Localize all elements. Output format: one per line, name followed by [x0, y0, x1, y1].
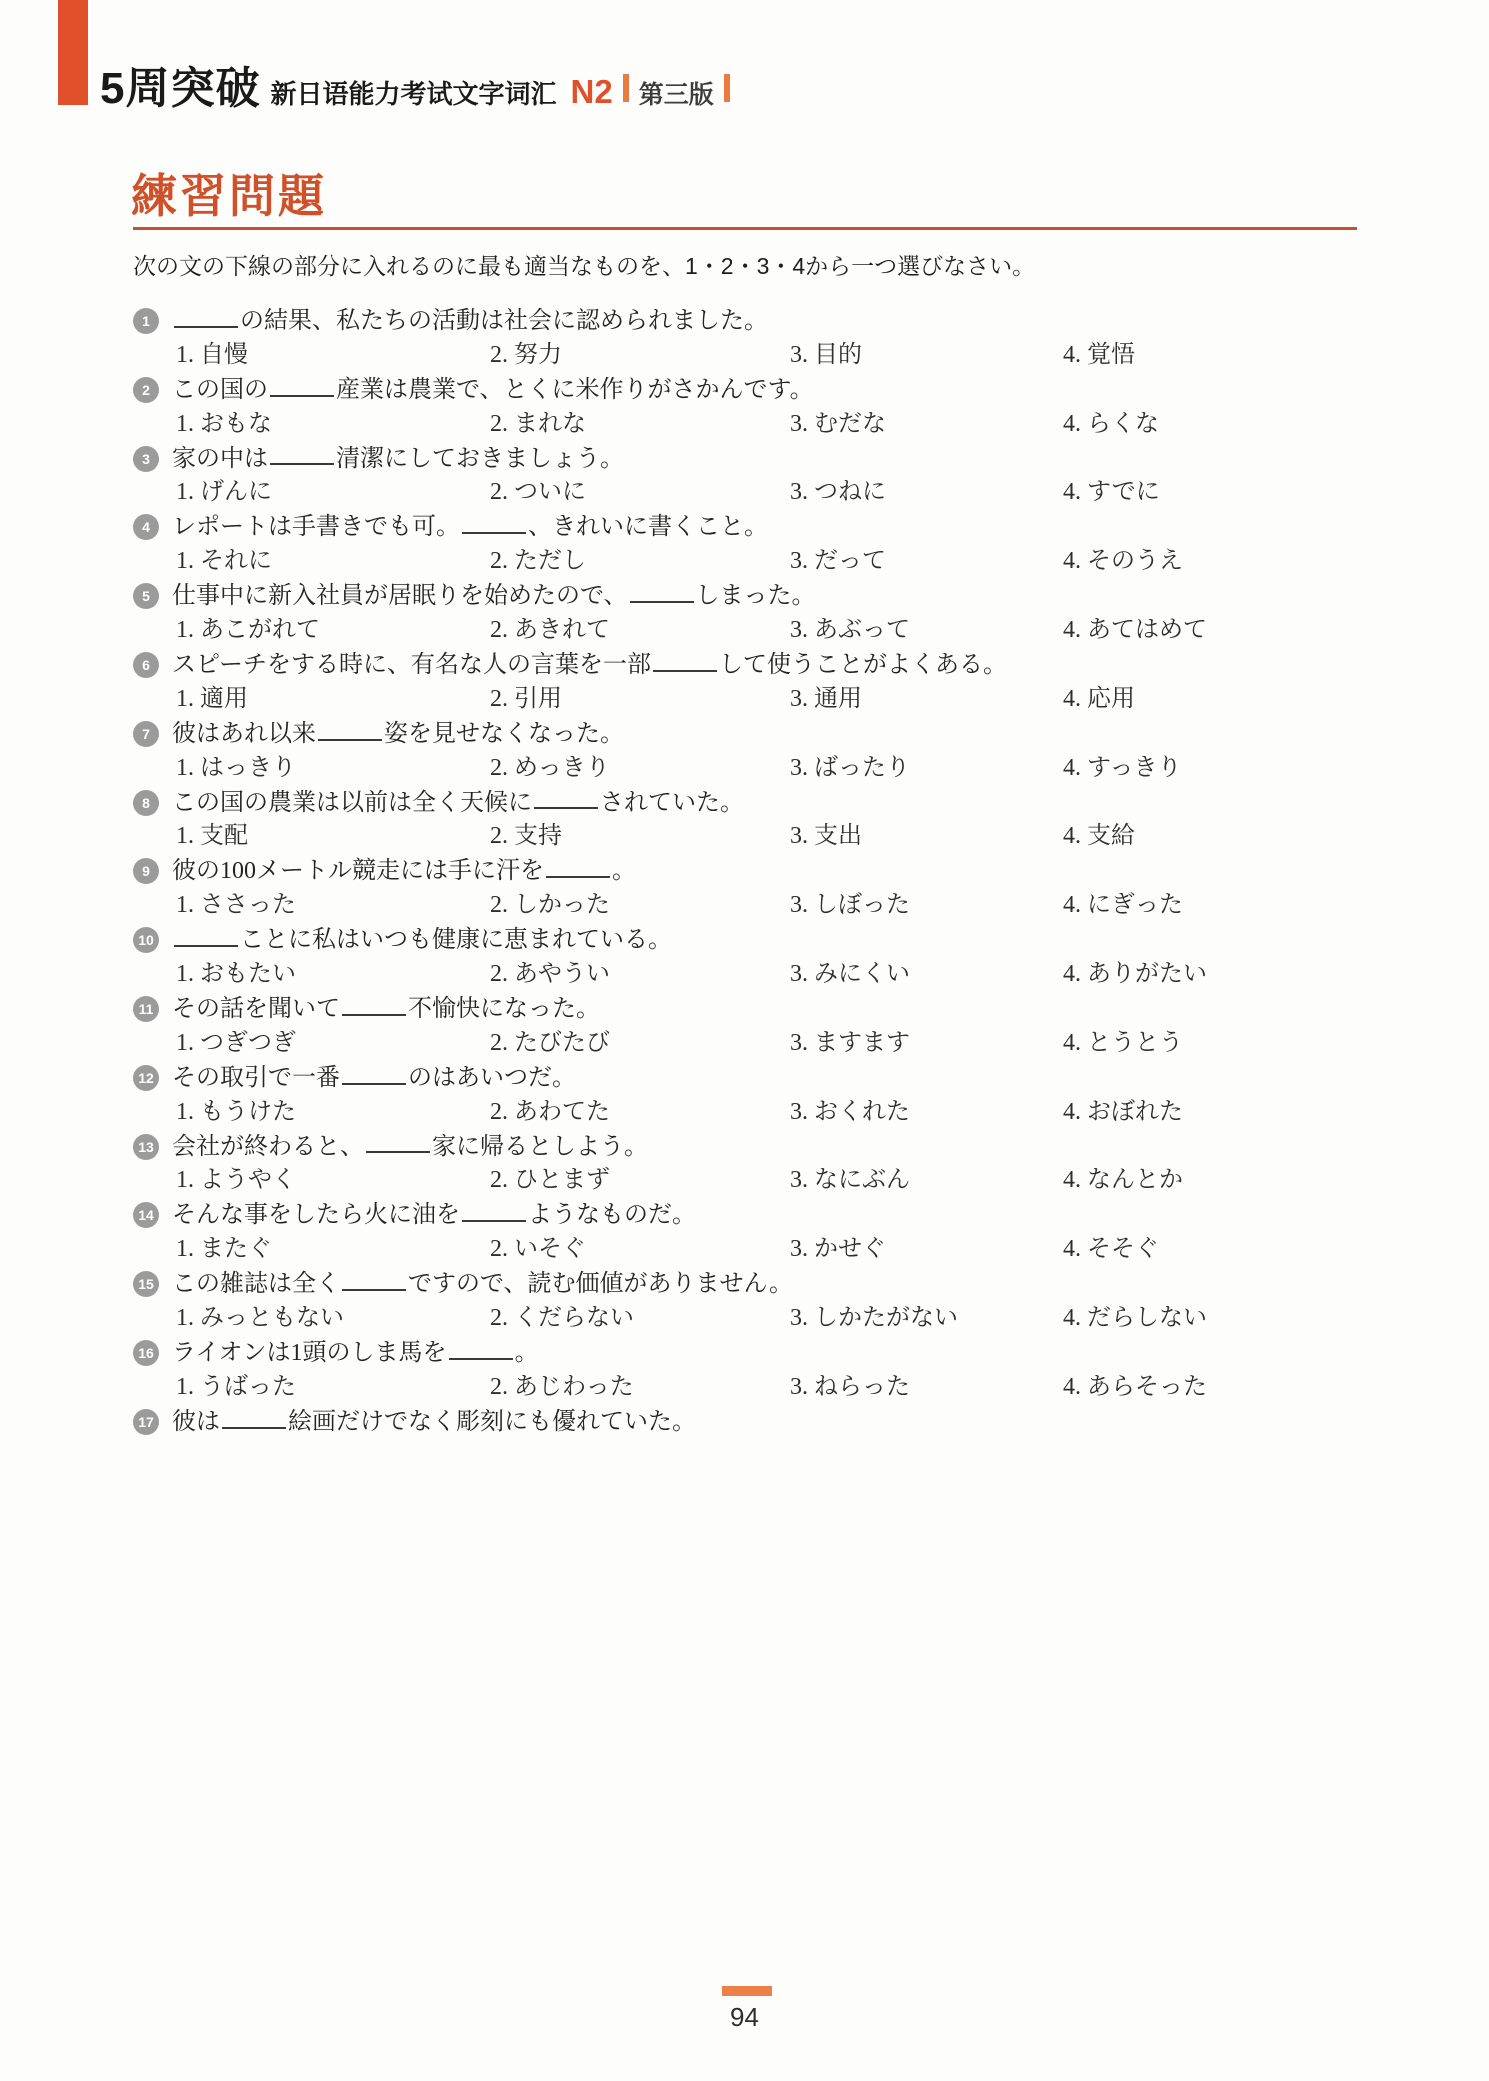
question-number-badge: 8: [133, 790, 159, 816]
stem-segment: 不愉快になった。: [408, 996, 600, 1022]
option-4-4: 4. そのうえ: [1063, 544, 1373, 578]
divider-bar: [724, 74, 730, 102]
options-row: 1. つぎつぎ2. たびたび3. ますます4. とうとう: [133, 1026, 1373, 1060]
question-stem-line: 11その話を聞いて不愉快になった。: [133, 991, 1373, 1026]
answer-blank: [342, 991, 406, 1016]
question-number-badge: 3: [133, 446, 159, 472]
question-14: 14そんな事をしたら火に油をようなものだ。1. またぐ2. いそぐ3. かせぐ4…: [133, 1197, 1373, 1266]
answer-blank: [174, 303, 238, 328]
question-stem: レポートは手書きでも可。、きれいに書くこと。: [172, 509, 768, 544]
question-17: 17彼は絵画だけでなく彫刻にも優れていた。: [133, 1404, 1373, 1439]
divider-bar: [623, 74, 629, 102]
stem-segment: 家に帰るとしよう。: [432, 1133, 648, 1159]
question-stem: この国の産業は農業で、とくに米作りがさかんです。: [172, 372, 814, 407]
question-number-badge: 13: [133, 1134, 159, 1160]
answer-blank: [342, 1060, 406, 1085]
question-stem-line: 8この国の農業は以前は全く天候にされていた。: [133, 785, 1373, 820]
question-stem-line: 16ライオンは1頭のしま馬を。: [133, 1335, 1373, 1370]
question-number-badge: 10: [133, 927, 159, 953]
question-15: 15この雑誌は全くですので、読む価値がありません。1. みっともない2. くだら…: [133, 1266, 1373, 1335]
option-8-3: 3. 支出: [790, 819, 1063, 853]
option-11-4: 4. とうとう: [1063, 1026, 1373, 1060]
question-number-badge: 17: [133, 1409, 159, 1435]
options-row: 1. おもたい2. あやうい3. みにくい4. ありがたい: [133, 957, 1373, 991]
question-number-badge: 11: [133, 996, 159, 1022]
answer-blank: [546, 853, 610, 878]
option-16-1: 1. うばった: [176, 1370, 490, 1404]
question-stem: 彼は絵画だけでなく彫刻にも優れていた。: [172, 1404, 696, 1439]
stem-segment: 彼は: [172, 1409, 220, 1435]
option-10-3: 3. みにくい: [790, 957, 1063, 991]
option-2-2: 2. まれな: [490, 407, 790, 441]
question-stem-line: 13会社が終わると、家に帰るとしよう。: [133, 1129, 1373, 1164]
option-12-3: 3. おくれた: [790, 1095, 1063, 1129]
question-stem-line: 9彼の100メートル競走には手に汗を。: [133, 853, 1373, 888]
options-row: 1. げんに2. ついに3. つねに4. すでに: [133, 475, 1373, 509]
stem-segment: その話を聞いて: [172, 996, 340, 1022]
answer-blank: [462, 1197, 526, 1222]
stem-segment: 家の中は: [172, 445, 268, 471]
option-8-2: 2. 支持: [490, 819, 790, 853]
option-13-1: 1. ようやく: [176, 1163, 490, 1197]
option-15-3: 3. しかたがない: [790, 1301, 1063, 1335]
page-number: 94: [0, 2002, 1489, 2033]
option-7-3: 3. ばったり: [790, 751, 1063, 785]
book-page: 5周突破 新日语能力考试文字词汇 N2 第三版 練習問題 次の文の下線の部分に入…: [0, 0, 1489, 2081]
option-1-2: 2. 努力: [490, 338, 790, 372]
question-stem: その取引で一番のはあいつだ。: [172, 1060, 576, 1095]
stem-segment: 産業は農業で、とくに米作りがさかんです。: [336, 377, 814, 403]
question-16: 16ライオンは1頭のしま馬を。1. うばった2. あじわった3. ねらった4. …: [133, 1335, 1373, 1404]
question-stem: そんな事をしたら火に油をようなものだ。: [172, 1197, 696, 1232]
stem-segment: この国の農業は以前は全く天候に: [172, 789, 532, 815]
question-stem-line: 6スピーチをする時に、有名な人の言葉を一部して使うことがよくある。: [133, 647, 1373, 682]
answer-blank: [630, 578, 694, 603]
questions: 1の結果、私たちの活動は社会に認められました。1. 自慢2. 努力3. 目的4.…: [133, 303, 1373, 1439]
question-8: 8この国の農業は以前は全く天候にされていた。1. 支配2. 支持3. 支出4. …: [133, 785, 1373, 854]
option-13-3: 3. なにぶん: [790, 1163, 1063, 1197]
question-number-badge: 1: [133, 308, 159, 334]
question-stem-line: 1の結果、私たちの活動は社会に認められました。: [133, 303, 1373, 338]
title-rule: [133, 227, 1357, 230]
option-10-4: 4. ありがたい: [1063, 957, 1373, 991]
stem-segment: 姿を見せなくなった。: [384, 721, 624, 747]
option-4-1: 1. それに: [176, 544, 490, 578]
option-11-1: 1. つぎつぎ: [176, 1026, 490, 1060]
answer-blank: [318, 716, 382, 741]
answer-blank: [449, 1335, 513, 1360]
option-3-2: 2. ついに: [490, 475, 790, 509]
question-stem-line: 17彼は絵画だけでなく彫刻にも優れていた。: [133, 1404, 1373, 1439]
option-1-1: 1. 自慢: [176, 338, 490, 372]
options-row: 1. またぐ2. いそぐ3. かせぐ4. そそぐ: [133, 1232, 1373, 1266]
question-stem-line: 14そんな事をしたら火に油をようなものだ。: [133, 1197, 1373, 1232]
question-5: 5仕事中に新入社員が居眠りを始めたので、しまった。1. あこがれて2. あきれて…: [133, 578, 1373, 647]
stem-segment: 会社が終わると、: [172, 1133, 364, 1159]
option-3-3: 3. つねに: [790, 475, 1063, 509]
option-16-3: 3. ねらった: [790, 1370, 1063, 1404]
option-4-2: 2. ただし: [490, 544, 790, 578]
option-4-3: 3. だって: [790, 544, 1063, 578]
answer-blank: [462, 509, 526, 534]
stem-segment: しまった。: [696, 583, 816, 609]
jlpt-level: N2: [571, 73, 613, 111]
option-14-1: 1. またぐ: [176, 1232, 490, 1266]
options-row: 1. おもな2. まれな3. むだな4. らくな: [133, 407, 1373, 441]
option-11-2: 2. たびたび: [490, 1026, 790, 1060]
option-10-2: 2. あやうい: [490, 957, 790, 991]
question-stem: その話を聞いて不愉快になった。: [172, 991, 600, 1026]
question-stem-line: 15この雑誌は全くですので、読む価値がありません。: [133, 1266, 1373, 1301]
question-stem: 家の中は清潔にしておきましょう。: [172, 441, 624, 476]
question-7: 7彼はあれ以来姿を見せなくなった。1. はっきり2. めっきり3. ばったり4.…: [133, 716, 1373, 785]
stem-segment: 彼の100メートル競走には手に汗を: [172, 858, 544, 884]
stem-segment: の結果、私たちの活動は社会に認められました。: [240, 308, 768, 334]
stem-segment: のはあいつだ。: [408, 1065, 576, 1091]
option-3-4: 4. すでに: [1063, 475, 1373, 509]
answer-blank: [366, 1129, 430, 1154]
question-stem: スピーチをする時に、有名な人の言葉を一部して使うことがよくある。: [172, 647, 1007, 682]
stem-segment: この国の: [172, 377, 268, 403]
stem-segment: ライオンは1頭のしま馬を: [172, 1340, 447, 1366]
option-2-4: 4. らくな: [1063, 407, 1373, 441]
option-3-1: 1. げんに: [176, 475, 490, 509]
options-row: 1. 自慢2. 努力3. 目的4. 覚悟: [133, 338, 1373, 372]
question-stem-line: 4レポートは手書きでも可。、きれいに書くこと。: [133, 509, 1373, 544]
stem-segment: 仕事中に新入社員が居眠りを始めたので、: [172, 583, 628, 609]
stem-segment: スピーチをする時に、有名な人の言葉を一部: [172, 652, 651, 678]
option-2-1: 1. おもな: [176, 407, 490, 441]
stem-segment: その取引で一番: [172, 1065, 340, 1091]
question-stem: の結果、私たちの活動は社会に認められました。: [172, 303, 768, 338]
options-row: 1. はっきり2. めっきり3. ばったり4. すっきり: [133, 751, 1373, 785]
question-number-badge: 6: [133, 652, 159, 678]
question-number-badge: 14: [133, 1202, 159, 1228]
book-header: 5周突破 新日语能力考试文字词汇 N2 第三版: [100, 52, 730, 116]
question-stem-line: 12その取引で一番のはあいつだ。: [133, 1060, 1373, 1095]
question-2: 2この国の産業は農業で、とくに米作りがさかんです。1. おもな2. まれな3. …: [133, 372, 1373, 441]
options-row: 1. うばった2. あじわった3. ねらった4. あらそった: [133, 1370, 1373, 1404]
option-13-4: 4. なんとか: [1063, 1163, 1373, 1197]
question-stem: ライオンは1頭のしま馬を。: [172, 1335, 539, 1370]
option-2-3: 3. むだな: [790, 407, 1063, 441]
answer-blank: [342, 1266, 406, 1291]
stem-segment: 。: [515, 1340, 539, 1366]
options-row: 1. あこがれて2. あきれて3. あぶって4. あてはめて: [133, 613, 1373, 647]
option-9-4: 4. にぎった: [1063, 888, 1373, 922]
option-6-1: 1. 適用: [176, 682, 490, 716]
option-15-2: 2. くだらない: [490, 1301, 790, 1335]
stem-segment: して使うことがよくある。: [719, 652, 1007, 678]
option-1-4: 4. 覚悟: [1063, 338, 1373, 372]
question-stem: 彼はあれ以来姿を見せなくなった。: [172, 716, 624, 751]
question-stem-line: 2この国の産業は農業で、とくに米作りがさかんです。: [133, 372, 1373, 407]
options-row: 1. ようやく2. ひとまず3. なにぶん4. なんとか: [133, 1163, 1373, 1197]
stem-segment: ことに私はいつも健康に恵まれている。: [240, 927, 672, 953]
option-15-4: 4. だらしない: [1063, 1301, 1373, 1335]
question-number-badge: 12: [133, 1065, 159, 1091]
stem-segment: されていた。: [600, 789, 744, 815]
question-stem: 彼の100メートル競走には手に汗を。: [172, 853, 636, 888]
option-9-3: 3. しぼった: [790, 888, 1063, 922]
answer-blank: [270, 441, 334, 466]
question-stem: この雑誌は全くですので、読む価値がありません。: [172, 1266, 793, 1301]
option-6-4: 4. 応用: [1063, 682, 1373, 716]
corner-accent-bar: [58, 0, 88, 105]
options-row: 1. ささった2. しかった3. しぼった4. にぎった: [133, 888, 1373, 922]
option-15-1: 1. みっともない: [176, 1301, 490, 1335]
option-8-1: 1. 支配: [176, 819, 490, 853]
question-stem-line: 3家の中は清潔にしておきましょう。: [133, 441, 1373, 476]
question-number-badge: 7: [133, 721, 159, 747]
answer-blank: [270, 372, 334, 397]
option-5-1: 1. あこがれて: [176, 613, 490, 647]
question-9: 9彼の100メートル競走には手に汗を。1. ささった2. しかった3. しぼった…: [133, 853, 1373, 922]
question-12: 12その取引で一番のはあいつだ。1. もうけた2. あわてた3. おくれた4. …: [133, 1060, 1373, 1129]
question-stem-line: 10ことに私はいつも健康に恵まれている。: [133, 922, 1373, 957]
instruction-text: 次の文の下線の部分に入れるのに最も適当なものを、1・2・3・4から一つ選びなさい…: [133, 248, 1363, 281]
option-12-4: 4. おぼれた: [1063, 1095, 1373, 1129]
answer-blank: [222, 1404, 286, 1429]
stem-segment: そんな事をしたら火に油を: [172, 1202, 460, 1228]
options-row: 1. それに2. ただし3. だって4. そのうえ: [133, 544, 1373, 578]
stem-segment: ようなものだ。: [528, 1202, 696, 1228]
question-13: 13会社が終わると、家に帰るとしよう。1. ようやく2. ひとまず3. なにぶん…: [133, 1129, 1373, 1198]
stem-segment: レポートは手書きでも可。: [172, 514, 460, 540]
option-7-2: 2. めっきり: [490, 751, 790, 785]
option-14-4: 4. そそぐ: [1063, 1232, 1373, 1266]
answer-blank: [174, 922, 238, 947]
options-row: 1. みっともない2. くだらない3. しかたがない4. だらしない: [133, 1301, 1373, 1335]
option-16-4: 4. あらそった: [1063, 1370, 1373, 1404]
option-7-1: 1. はっきり: [176, 751, 490, 785]
option-12-2: 2. あわてた: [490, 1095, 790, 1129]
option-8-4: 4. 支給: [1063, 819, 1373, 853]
question-number-badge: 15: [133, 1271, 159, 1297]
question-number-badge: 9: [133, 858, 159, 884]
option-5-4: 4. あてはめて: [1063, 613, 1373, 647]
question-number-badge: 16: [133, 1340, 159, 1366]
options-row: 1. 適用2. 引用3. 通用4. 応用: [133, 682, 1373, 716]
option-5-2: 2. あきれて: [490, 613, 790, 647]
option-1-3: 3. 目的: [790, 338, 1063, 372]
question-1: 1の結果、私たちの活動は社会に認められました。1. 自慢2. 努力3. 目的4.…: [133, 303, 1373, 372]
stem-segment: 絵画だけでなく彫刻にも優れていた。: [288, 1409, 696, 1435]
question-stem: ことに私はいつも健康に恵まれている。: [172, 922, 672, 957]
option-9-1: 1. ささった: [176, 888, 490, 922]
footer-accent-bar: [722, 1986, 772, 1996]
stem-segment: この雑誌は全く: [172, 1271, 340, 1297]
section-title: 練習問題: [131, 160, 327, 226]
question-6: 6スピーチをする時に、有名な人の言葉を一部して使うことがよくある。1. 適用2.…: [133, 647, 1373, 716]
question-number-badge: 2: [133, 377, 159, 403]
option-14-2: 2. いそぐ: [490, 1232, 790, 1266]
option-13-2: 2. ひとまず: [490, 1163, 790, 1197]
option-6-2: 2. 引用: [490, 682, 790, 716]
stem-segment: 清潔にしておきましょう。: [336, 445, 624, 471]
option-6-3: 3. 通用: [790, 682, 1063, 716]
question-stem: 仕事中に新入社員が居眠りを始めたので、しまった。: [172, 578, 816, 613]
question-4: 4レポートは手書きでも可。、きれいに書くこと。1. それに2. ただし3. だっ…: [133, 509, 1373, 578]
stem-segment: ですので、読む価値がありません。: [408, 1271, 793, 1297]
options-row: 1. 支配2. 支持3. 支出4. 支給: [133, 819, 1373, 853]
option-9-2: 2. しかった: [490, 888, 790, 922]
question-10: 10ことに私はいつも健康に恵まれている。1. おもたい2. あやうい3. みにく…: [133, 922, 1373, 991]
series-title: 5周突破: [100, 52, 260, 116]
option-7-4: 4. すっきり: [1063, 751, 1373, 785]
question-3: 3家の中は清潔にしておきましょう。1. げんに2. ついに3. つねに4. すで…: [133, 441, 1373, 510]
question-number-badge: 4: [133, 514, 159, 540]
option-5-3: 3. あぶって: [790, 613, 1063, 647]
question-number-badge: 5: [133, 583, 159, 609]
option-11-3: 3. ますます: [790, 1026, 1063, 1060]
stem-segment: 、きれいに書くこと。: [528, 514, 768, 540]
question-11: 11その話を聞いて不愉快になった。1. つぎつぎ2. たびたび3. ますます4.…: [133, 991, 1373, 1060]
question-stem-line: 5仕事中に新入社員が居眠りを始めたので、しまった。: [133, 578, 1373, 613]
option-16-2: 2. あじわった: [490, 1370, 790, 1404]
book-subtitle: 新日语能力考试文字词汇: [270, 74, 556, 111]
question-stem-line: 7彼はあれ以来姿を見せなくなった。: [133, 716, 1373, 751]
question-stem: この国の農業は以前は全く天候にされていた。: [172, 785, 744, 820]
option-12-1: 1. もうけた: [176, 1095, 490, 1129]
edition-label: 第三版: [639, 75, 714, 111]
stem-segment: 。: [612, 858, 636, 884]
stem-segment: 彼はあれ以来: [172, 721, 316, 747]
options-row: 1. もうけた2. あわてた3. おくれた4. おぼれた: [133, 1095, 1373, 1129]
answer-blank: [653, 647, 717, 672]
question-stem: 会社が終わると、家に帰るとしよう。: [172, 1129, 648, 1164]
answer-blank: [534, 785, 598, 810]
option-10-1: 1. おもたい: [176, 957, 490, 991]
option-14-3: 3. かせぐ: [790, 1232, 1063, 1266]
